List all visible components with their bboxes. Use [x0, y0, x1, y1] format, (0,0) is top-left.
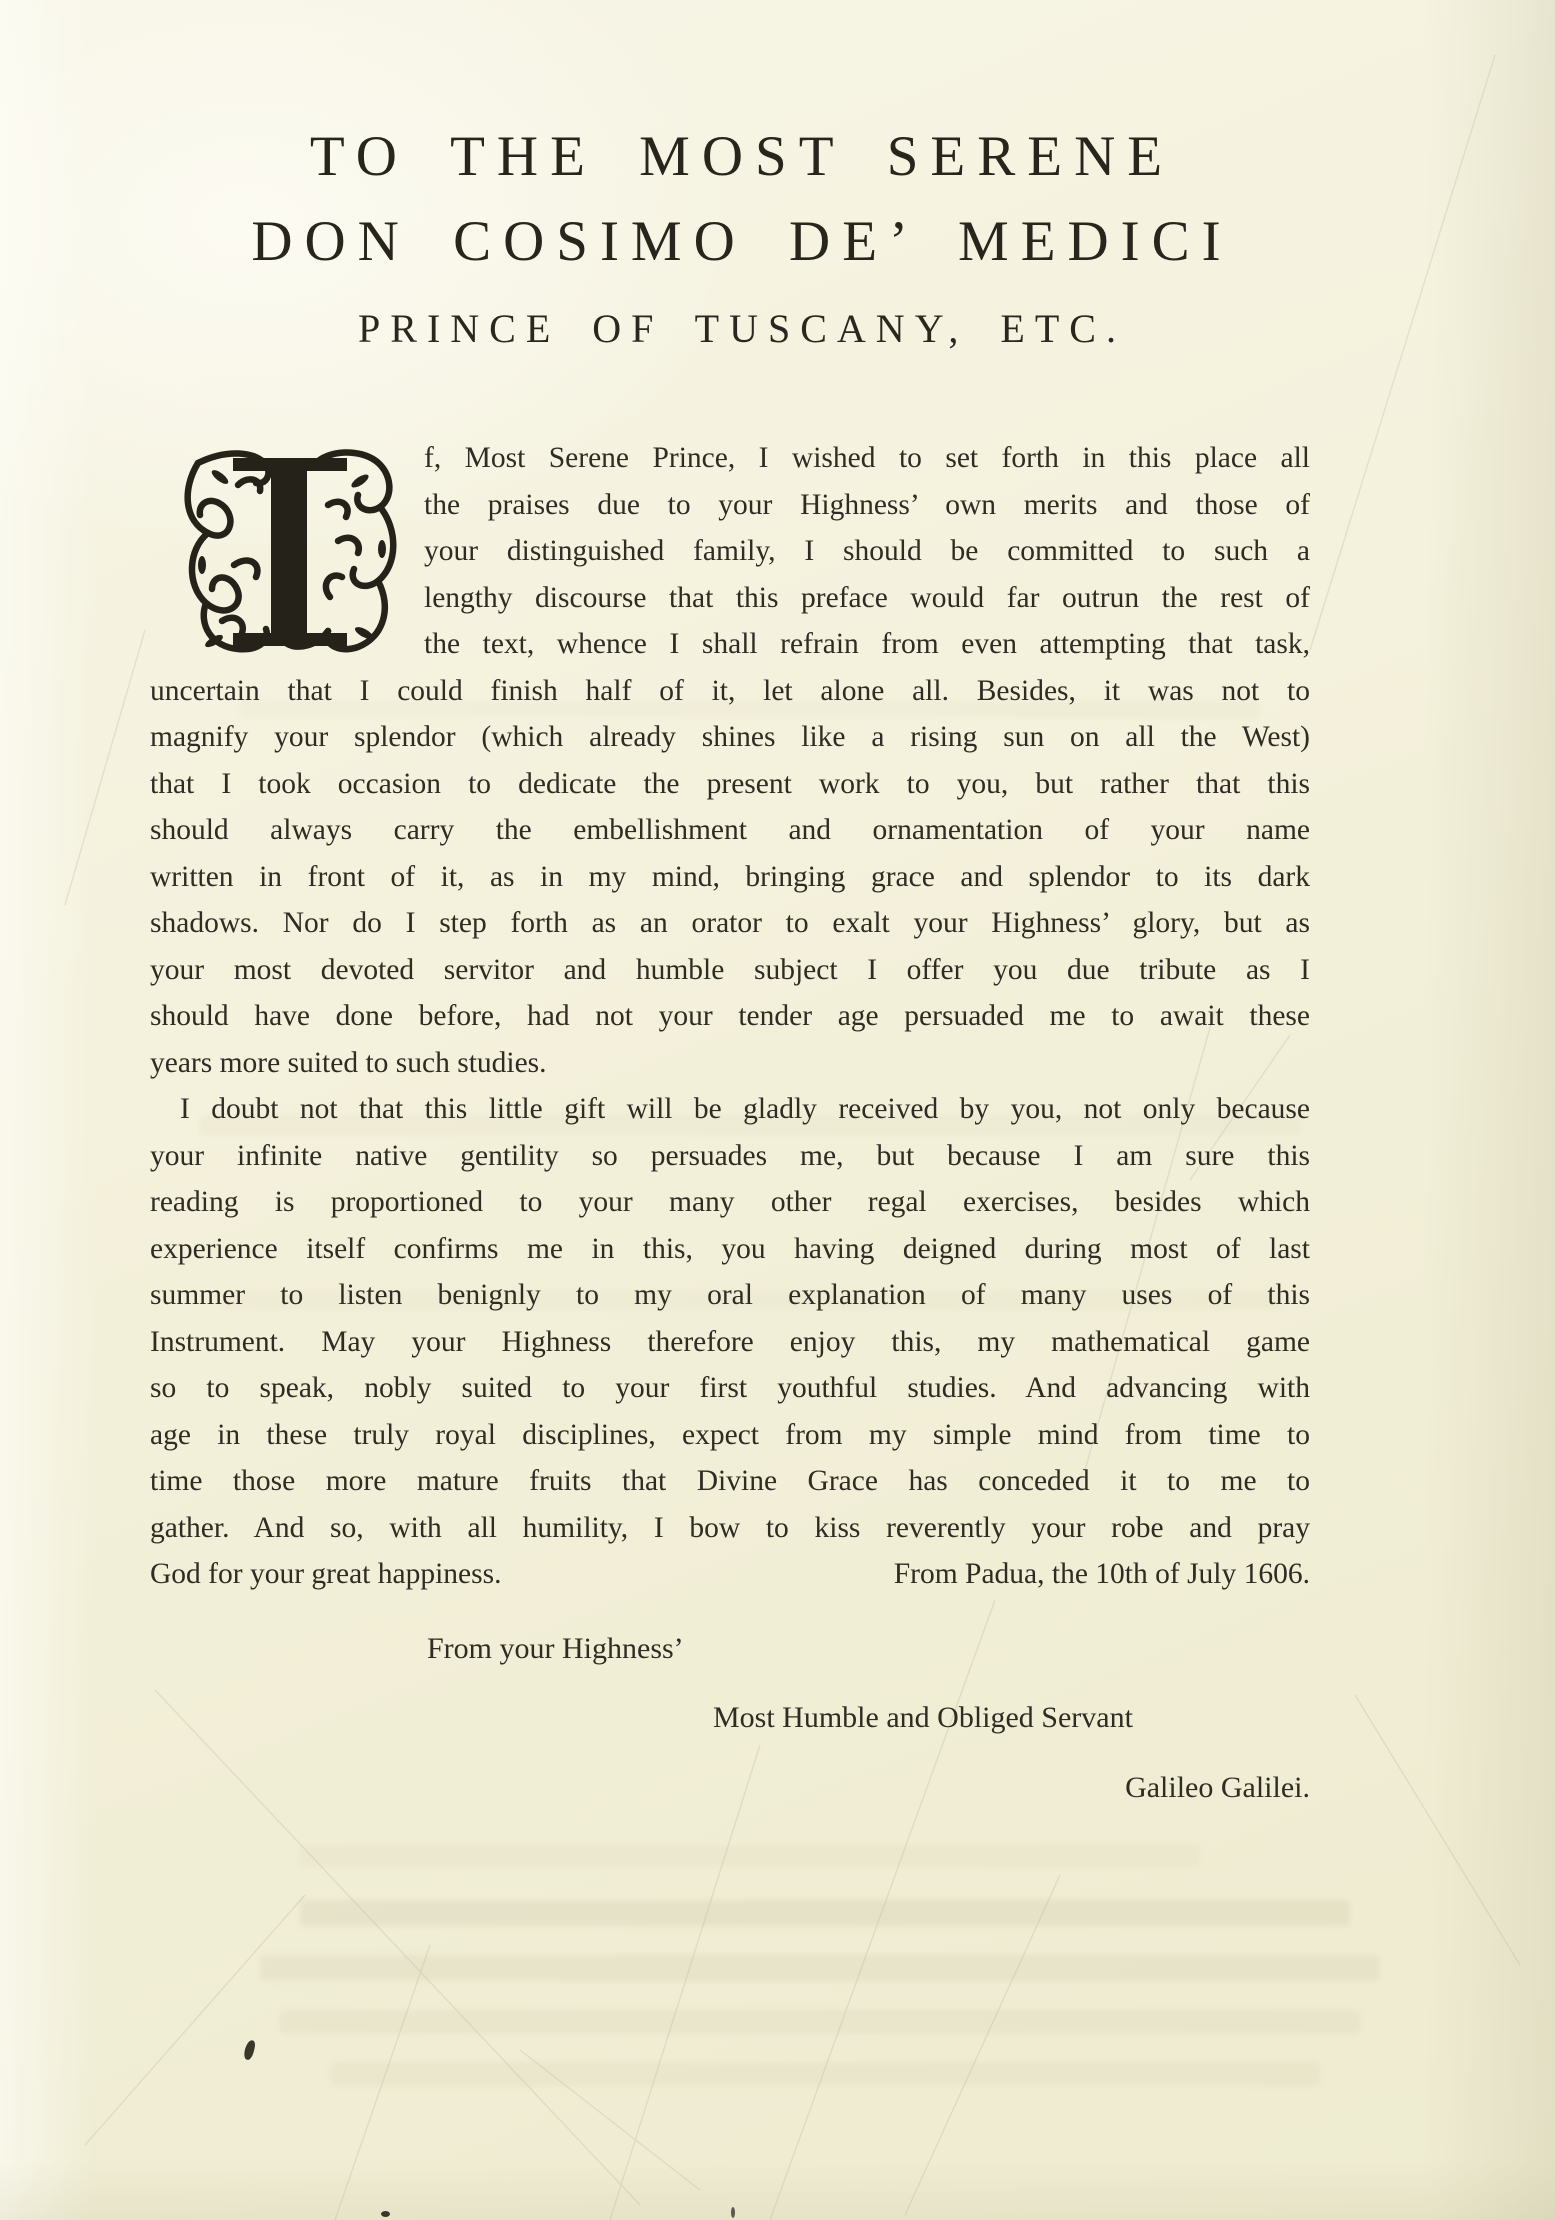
text-line: should always carry the embellishment an…	[150, 807, 1310, 854]
text-line: I doubt not that this little gift will b…	[150, 1086, 1310, 1133]
dedication-title-line1: TO THE MOST SERENE	[150, 128, 1310, 185]
show-through-band	[300, 1900, 1350, 1926]
dedication-subtitle: PRINCE OF TUSCANY, ETC.	[150, 308, 1310, 350]
show-through-band	[280, 2010, 1360, 2034]
text-line: your most devoted servitor and humble su…	[150, 947, 1310, 994]
text-line: so to speak, nobly suited to your first …	[150, 1365, 1310, 1412]
text-line: reading is proportioned to your many oth…	[150, 1179, 1310, 1226]
paper-edge-highlight-left	[0, 0, 95, 2220]
signature-role: Most Humble and Obliged Servant	[150, 1695, 1310, 1742]
ink-speck	[731, 2207, 735, 2218]
ornate-initial-I-woodcut	[178, 445, 402, 659]
show-through-band	[330, 2062, 1320, 2086]
closing-row: God for your great happiness. From Padua…	[150, 1551, 1310, 1598]
text-line: age in these truly royal disciplines, ex…	[150, 1412, 1310, 1459]
text-line: summer to listen benignly to my oral exp…	[150, 1272, 1310, 1319]
paper-edge-shadow-right	[1425, 0, 1555, 2220]
signature-name: Galileo Galilei.	[150, 1765, 1310, 1812]
text-line: uncertain that I could finish half of it…	[150, 668, 1310, 715]
text-line: Instrument. May your Highness therefore …	[150, 1319, 1310, 1366]
text-line: magnify your splendor (which already shi…	[150, 714, 1310, 761]
text-line: gather. And so, with all humility, I bow…	[150, 1505, 1310, 1552]
show-through-band	[300, 1845, 1200, 1867]
text-line: shadows. Nor do I step forth as an orato…	[150, 900, 1310, 947]
show-through-band	[260, 1955, 1380, 1981]
text-line: should have done before, had not your te…	[150, 993, 1310, 1040]
dedication-title-line2: DON COSIMO DE’ MEDICI	[150, 213, 1310, 270]
text-line: that I took occasion to dedicate the pre…	[150, 761, 1310, 808]
closing-right-dateline: From Padua, the 10th of July 1606.	[894, 1551, 1310, 1598]
text-line: time those more mature fruits that Divin…	[150, 1458, 1310, 1505]
text-line: years more suited to such studies.	[150, 1040, 1310, 1087]
body-text: f, Most Serene Prince, I wished to set f…	[150, 435, 1310, 1551]
paper-edge-shadow-bottom	[0, 2160, 1555, 2220]
text-line: written in front of it, as in my mind, b…	[150, 854, 1310, 901]
signature-salutation: From your Highness’	[150, 1626, 1310, 1673]
dedication-content: TO THE MOST SERENE DON COSIMO DE’ MEDICI…	[150, 128, 1310, 1811]
ink-speck	[243, 2039, 257, 2061]
text-line: your infinite native gentility so persua…	[150, 1133, 1310, 1180]
book-page: TO THE MOST SERENE DON COSIMO DE’ MEDICI…	[0, 0, 1555, 2220]
closing-left: God for your great happiness.	[150, 1551, 501, 1598]
ink-speck	[381, 2211, 390, 2217]
text-line: experience itself confirms me in this, y…	[150, 1226, 1310, 1273]
